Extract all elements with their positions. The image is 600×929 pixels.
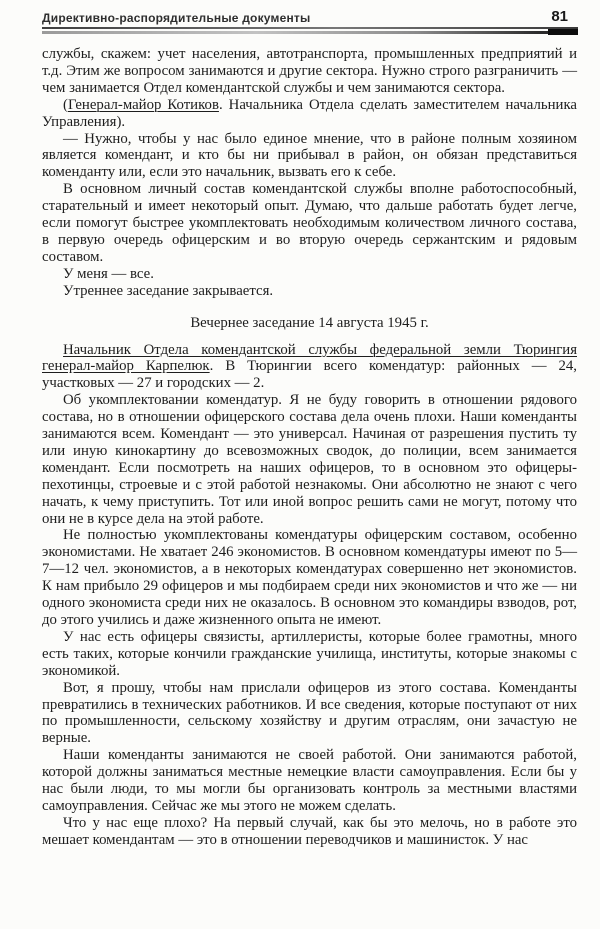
paragraph: Начальник Отдела комендантской службы фе… [42, 342, 577, 393]
paragraph-text: Не полностью укомплектованы комендатуры … [42, 527, 577, 628]
document-body: службы, скажем: учет населения, автотран… [42, 46, 577, 849]
header-rule-thin [42, 27, 578, 29]
paragraph: Что у нас еще плохо? На первый случай, к… [42, 815, 577, 849]
page-number: 81 [551, 8, 568, 25]
paragraph: Об укомплектовании комендатур. Я не буду… [42, 392, 577, 527]
paragraph: В основном личный состав комендантской с… [42, 181, 577, 266]
paragraph: службы, скажем: учет населения, автотран… [42, 46, 577, 97]
paragraph: Утреннее заседание закрывается. [42, 283, 577, 300]
paragraph-text: Наши коменданты занимаются не своей рабо… [42, 747, 577, 814]
paragraph: У меня — все. [42, 266, 577, 283]
paragraph-text: — Нужно, чтобы у нас было единое мнение,… [42, 131, 577, 181]
paragraph: (Генерал-майор Котиков. Начальника Отдел… [42, 97, 577, 131]
header-rule-endcap [548, 29, 578, 35]
paragraph-text: Что у нас еще плохо? На первый случай, к… [42, 815, 577, 848]
session-heading: Вечернее заседание 14 августа 1945 г. [42, 315, 577, 332]
paragraph: Наши коменданты занимаются не своей рабо… [42, 747, 577, 815]
paragraph-text: Утреннее заседание закрывается. [63, 283, 273, 299]
paragraph-text: У нас есть офицеры связисты, артиллерист… [42, 629, 577, 679]
paragraph: Не полностью укомплектованы комендатуры … [42, 527, 577, 628]
header-rule-thick [42, 31, 578, 34]
paragraph-text: службы, скажем: учет населения, автотран… [42, 46, 577, 96]
paragraph-text: Вот, я прошу, чтобы нам прислали офицеро… [42, 680, 577, 747]
running-header-title: Директивно-распорядительные документы [42, 11, 310, 25]
paragraph: — Нужно, чтобы у нас было единое мнение,… [42, 131, 577, 182]
paragraph: Вот, я прошу, чтобы нам прислали офицеро… [42, 680, 577, 748]
document-page: Директивно-распорядительные документы 81… [0, 0, 600, 929]
paragraph-text: Об укомплектовании комендатур. Я не буду… [42, 392, 577, 526]
paragraph-text: У меня — все. [63, 266, 154, 282]
paragraph-text: В основном личный состав комендантской с… [42, 181, 577, 265]
underlined-speaker: Генерал-майор Котиков [68, 97, 219, 113]
paragraph: У нас есть офицеры связисты, артиллерист… [42, 629, 577, 680]
